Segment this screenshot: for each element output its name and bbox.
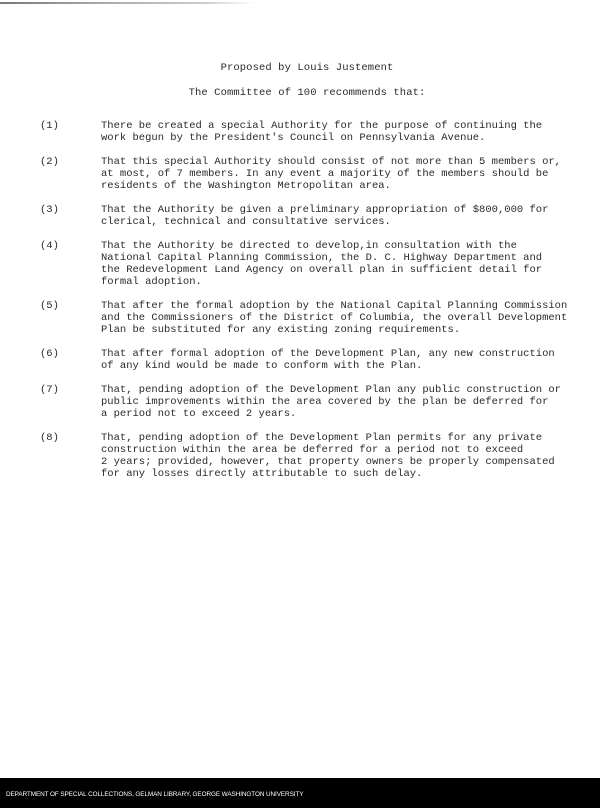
item-text: That, pending adoption of the Developmen… [101, 384, 571, 420]
archive-credit: DEPARTMENT OF SPECIAL COLLECTIONS, GELMA… [6, 791, 303, 798]
recommendation-item: (5) That after the formal adoption by th… [40, 300, 580, 336]
item-number: (4) [40, 240, 101, 288]
item-number: (5) [40, 300, 101, 336]
item-number: (8) [40, 432, 101, 480]
item-number: (1) [40, 120, 101, 144]
item-text: That the Authority be directed to develo… [101, 240, 571, 288]
item-text: That the Authority be given a preliminar… [101, 204, 571, 228]
item-text: There be created a special Authority for… [101, 120, 571, 144]
recommendation-item: (6) That after formal adoption of the De… [40, 348, 580, 372]
item-text: That this special Authority should consi… [101, 156, 571, 192]
recommendation-item: (1) There be created a special Authority… [40, 120, 580, 144]
scan-edge-line [0, 2, 255, 4]
item-number: (6) [40, 348, 101, 372]
item-number: (2) [40, 156, 101, 192]
item-number: (3) [40, 204, 101, 228]
recommendations-list: (1) There be created a special Authority… [40, 120, 580, 492]
recommendation-item: (7) That, pending adoption of the Develo… [40, 384, 580, 420]
item-text: That after formal adoption of the Develo… [101, 348, 571, 372]
item-text: That, pending adoption of the Developmen… [101, 432, 571, 480]
archive-footer-bar: DEPARTMENT OF SPECIAL COLLECTIONS, GELMA… [0, 778, 600, 808]
recommendation-item: (3) That the Authority be given a prelim… [40, 204, 580, 228]
proposer-line: Proposed by Louis Justement [0, 62, 600, 74]
recommendation-item: (8) That, pending adoption of the Develo… [40, 432, 580, 480]
recommendation-item: (4) That the Authority be directed to de… [40, 240, 580, 288]
recommendation-item: (2) That this special Authority should c… [40, 156, 580, 192]
intro-line: The Committee of 100 recommends that: [0, 87, 600, 99]
item-text: That after the formal adoption by the Na… [101, 300, 571, 336]
item-number: (7) [40, 384, 101, 420]
